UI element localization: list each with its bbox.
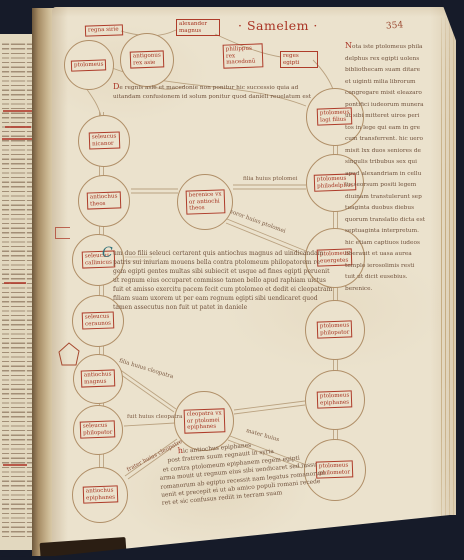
rubric-mark — [3, 110, 33, 112]
label-box-alexander-magnus: alexander magnus — [176, 19, 220, 36]
roundel-label: seleucus philopator — [80, 421, 116, 440]
roundel-label: seleucus nicanor — [88, 132, 119, 150]
label-box-regna-sirie: regna sirie — [85, 24, 123, 36]
manuscript-photo: · Samelem · 354 regna sirie alexander ma… — [0, 0, 464, 560]
label-box-philippus-rex-macedonum: philippus rex macedonū — [223, 43, 264, 68]
rubric-mark — [4, 282, 26, 284]
roundel-label: ptolomeus — [71, 59, 107, 71]
roundel-berenice: berenice vx or antiochi theos — [177, 174, 233, 230]
roundel-label: berenice vx or antiochi theos — [185, 189, 225, 214]
margin-gloss: Nota iste ptolomeus phila delphus rex eg… — [345, 40, 437, 295]
pen-flourished-initial: C — [102, 245, 113, 261]
page-edge-line — [449, 17, 450, 537]
note-paragraph-top: De regnis asie et macedonie non ponitur … — [113, 81, 323, 102]
rubric-mark — [2, 138, 34, 140]
roundel-label: seleucus ceraunos — [82, 312, 114, 331]
damaged-roundel-fragment — [55, 227, 70, 239]
running-title: · Samelem · — [238, 18, 318, 33]
roundel-ptolomeus-epiphanes: ptolomeus epiphanes — [305, 370, 365, 430]
roundel-label: ptolomeus epiphanes — [317, 391, 353, 410]
roundel-antiochus-theos: antiochus theos — [78, 175, 130, 227]
main-text-paragraph: um duo filii seleuci certarent quis anti… — [113, 249, 341, 312]
roundel-antiochus-epiphanes: antiochus epiphanes — [72, 467, 128, 523]
roundel-label: antiochus epiphanes — [82, 486, 118, 505]
page-stack-edges — [438, 17, 456, 537]
roundel-seleucus-nicanor: seleucus nicanor — [78, 115, 130, 167]
rubric-mark — [5, 126, 31, 128]
roundel-seleucus-philopator: seleucus philopator — [73, 405, 123, 455]
roundel-antiochus-magnus: antiochus magnus — [73, 354, 123, 404]
rubric-mark — [3, 464, 27, 466]
label-fuit-huius-cleopatra: fuit huius cleopatra — [127, 414, 183, 420]
roundel-label: ptolomeus philopator — [317, 321, 353, 340]
roundel-label: antiochus theos — [87, 192, 121, 211]
page-edge-line — [453, 17, 454, 537]
roundel-antigonus-rex-asie: antigonus rex asie — [120, 33, 174, 87]
label-box-reges-egipti: reges egipti — [280, 51, 318, 68]
page-edge-line — [441, 17, 442, 537]
roundel-ptolomeus-top: ptolomeus — [64, 40, 114, 90]
roundel-label: antigonus rex asie — [130, 51, 165, 70]
label-filia-huius-ptolomei: filia huius ptolomei — [243, 176, 297, 182]
page-edge-line — [445, 17, 446, 537]
folio-number: 354 — [386, 20, 404, 31]
roundel-label: cleopatra vx or ptolomei epiphanes — [183, 408, 225, 434]
roundel-label: antiochus magnus — [81, 370, 115, 389]
